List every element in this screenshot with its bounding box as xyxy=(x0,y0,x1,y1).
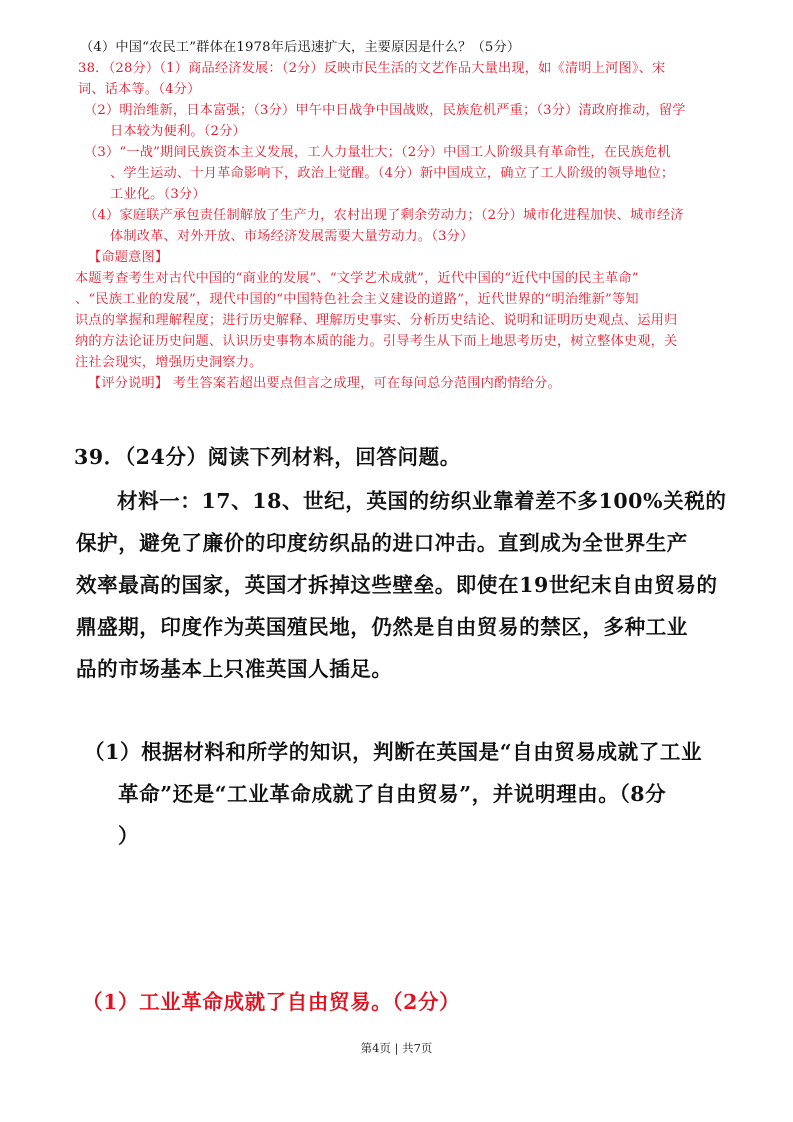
previous-question-4: （4）中国“农民工”群体在1978年后迅速扩大，主要原因是什么？（5分） xyxy=(80,38,520,59)
answer-1: （1）工业革命成就了自由贸易。（2分） xyxy=(82,985,460,1015)
material-line: 品的市场基本上只准英国人插足。 xyxy=(76,652,393,682)
intent-line: 、“民族工业的发展”，现代中国的“中国特色社会主义建设的道路”，近代世界的“明治… xyxy=(75,290,639,311)
answer-38-line-1: 38．（28分）（1）商品经济发展：（2分）反映市民生活的文艺作品大量出现，如《… xyxy=(78,59,665,80)
question-39-title: 39．（24分）阅读下列材料，回答问题。 xyxy=(74,440,461,470)
page-footer: 第4页 | 共7页 xyxy=(0,1040,793,1056)
answer-38-part-4-line-1: （4）家庭联产承包责任制解放了生产力，农村出现了剩余劳动力；（2分）城市化进程加… xyxy=(84,206,684,227)
scoring-note: 【评分说明】 考生答案若超出要点但言之成理，可在每问总分范围内酌情给分。 xyxy=(88,374,561,395)
sub-question-1-line: 革命”还是“工业革命成就了自由贸易”，并说明理由。（8分 xyxy=(118,777,666,807)
answer-38-part-3-line-1: （3）“一战”期间民族资本主义发展，工人力量壮大；（2分）中国工人阶级具有革命性… xyxy=(84,143,671,164)
material-line: 效率最高的国家，英国才拆掉这些壁垒。即使在19世纪末自由贸易的 xyxy=(76,568,718,598)
sub-question-1-line: （1）根据材料和所学的知识，判断在英国是“自由贸易成就了工业 xyxy=(84,735,702,765)
answer-38-part-3-line-2: 、学生运动、十月革命影响下，政治上觉醒。（4分）新中国成立，确立了工人阶级的领导… xyxy=(110,164,674,185)
intent-line: 纳的方法论证历史问题、认识历史事物本质的能力。引导考生从下而上地思考历史，树立整… xyxy=(75,332,677,353)
material-line: 材料一：17、18、世纪，英国的纺织业靠着差不多100%关税的 xyxy=(117,484,726,514)
intent-line: 注社会现实，增强历史洞察力。 xyxy=(75,353,262,374)
answer-38-part-3-line-3: 工业化。（3分） xyxy=(110,185,206,206)
intent-line: 识点的掌握和理解程度；进行历史解释、理解历史事实、分析历史结论、说明和证明历史观… xyxy=(75,311,677,332)
answer-38-part-2-line-1: （2）明治维新，日本富强；（3分）甲午中日战争中国战败，民族危机严重；（3分）清… xyxy=(84,101,686,122)
intent-line: 本题考查考生对古代中国的“商业的发展”、“文学艺术成就”，近代中国的“近代中国的… xyxy=(75,269,639,290)
answer-38-part-4-line-2: 体制改革、对外开放、市场经济发展需要大量劳动力。（3分） xyxy=(110,227,473,248)
sub-question-1-line: ） xyxy=(118,819,139,849)
material-line: 保护，避免了廉价的印度纺织品的进口冲击。直到成为全世界生产 xyxy=(76,526,688,556)
answer-38-line-2: 词、话本等。（4分） xyxy=(78,80,200,101)
answer-38-part-2-line-2: 日本较为便利。（2分） xyxy=(110,122,246,143)
material-line: 鼎盛期，印度作为英国殖民地，仍然是自由贸易的禁区，多种工业 xyxy=(76,610,688,640)
intent-heading: 【命题意图】 xyxy=(88,248,168,269)
